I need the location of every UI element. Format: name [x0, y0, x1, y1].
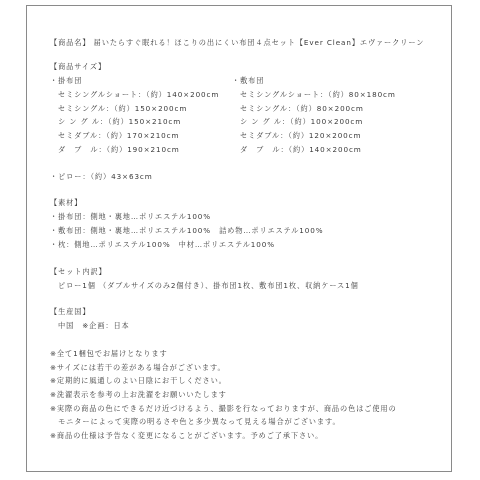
- shikifuton-size-row: セミダブル：（約）120×200cm: [240, 131, 361, 141]
- kakefuton-size-row: ダ ブ ル：（約）190×210cm: [58, 145, 180, 155]
- shikifuton-size-row: セミシングルショート：（約）80×180cm: [240, 90, 396, 100]
- kakefuton-size-row: セミシングル：（約）150×200cm: [58, 104, 187, 114]
- note-line: ※全て1梱包でお届けとなります: [50, 349, 168, 359]
- shikifuton-size-row: ダ ブ ル：（約）140×200cm: [240, 145, 362, 155]
- material-row: ・枕：側地…ポリエステル100% 中材…ポリエステル100%: [50, 240, 275, 250]
- set-contents-value: ピロー1個 （ダブルサイズのみ2個付き）、掛布団1枚、敷布団1枚、収納ケース1個: [58, 281, 359, 291]
- set-contents-heading: 【セット内訳】: [50, 267, 107, 277]
- product-name-value: 届いたらすぐ眠れる！ほこりの出にくい布団４点セット【Ever Clean】エヴァ…: [94, 38, 425, 47]
- shikifuton-size-row: シ ン グ ル：（約）100×200cm: [240, 117, 363, 127]
- note-line: ※洗濯表示を参考の上お洗濯をお願いいたします: [50, 390, 227, 400]
- material-heading: 【素材】: [50, 198, 82, 208]
- note-line: ※実際の商品の色にできるだけ近づけるよう、撮影を行なっておりますが、商品の色はご…: [50, 404, 397, 414]
- note-line: ※サイズには若干の差がある場合がございます。: [50, 363, 226, 373]
- material-row: ・掛布団：側地・裏地…ポリエステル100%: [50, 212, 211, 222]
- origin-heading: 【生産国】: [50, 307, 90, 317]
- kakefuton-size-row: シ ン グ ル：（約）150×210cm: [58, 117, 181, 127]
- product-name-label: 【商品名】: [50, 38, 90, 47]
- kakefuton-size-row: セミシングルショート：（約）140×200cm: [58, 90, 219, 100]
- product-name-row: 【商品名】 届いたらすぐ眠れる！ほこりの出にくい布団４点セット【Ever Cle…: [50, 38, 424, 48]
- origin-value: 中国 ※企画：日本: [58, 321, 130, 331]
- size-heading: 【商品サイズ】: [50, 62, 106, 72]
- kakefuton-size-row: セミダブル：（約）170×210cm: [58, 131, 179, 141]
- shikifuton-label: ・敷布団: [232, 76, 264, 86]
- note-line: ※商品の仕様は予告なく変更になることがございます。予めご了承下さい。: [50, 431, 323, 441]
- note-line: モニターによって実際の明るさや色と多少異なって見える場合がございます。: [50, 417, 341, 427]
- material-row: ・敷布団：側地・裏地…ポリエステル100% 詰め物…ポリエステル100%: [50, 226, 323, 236]
- pillow-size: ・ピロー：（約）43×63cm: [50, 172, 153, 182]
- note-line: ※定期的に風通しのよい日陰にお干しください。: [50, 376, 227, 386]
- kakefuton-label: ・掛布団: [50, 76, 82, 86]
- shikifuton-size-row: セミシングル：（約）80×200cm: [240, 104, 364, 114]
